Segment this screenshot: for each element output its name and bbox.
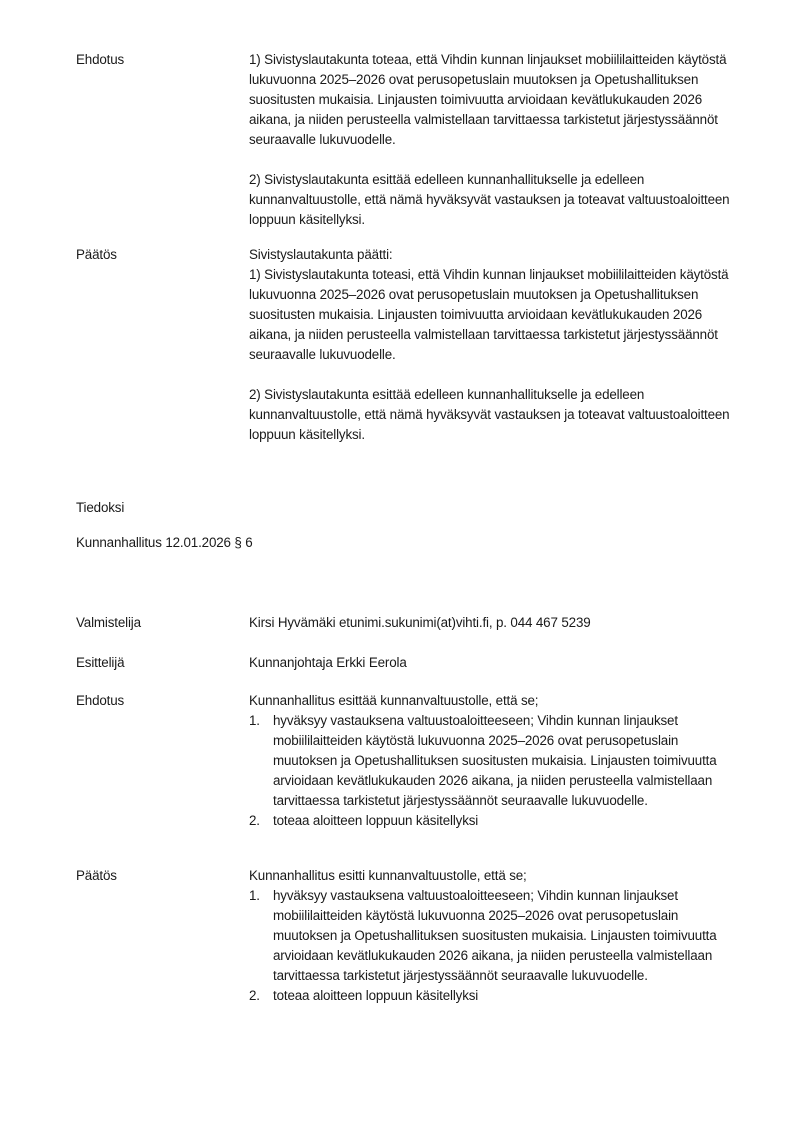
ehdotus-paragraph-2: 2) Sivistyslautakunta esittää edelleen k… [249,170,744,230]
paatos-label: Päätös [76,245,246,265]
list-item-text: hyväksyy vastauksena valtuustoaloitteese… [273,888,717,983]
tiedoksi-heading: Tiedoksi [76,498,124,518]
paatos-paragraph-2: 2) Sivistyslautakunta esittää edelleen k… [249,385,744,445]
paatos-list: 1. hyväksyy vastauksena valtuustoaloitte… [249,886,744,1006]
list-item-text: hyväksyy vastauksena valtuustoaloitteese… [273,713,717,808]
ehdotus-content-2: Kunnanhallitus esittää kunnanvaltuustoll… [249,691,744,831]
list-item-text: toteaa aloitteen loppuun käsitellyksi [273,813,478,828]
paatos-intro-2: Kunnanhallitus esitti kunnanvaltuustolle… [249,866,744,886]
valmistelija-value: Kirsi Hyvämäki etunimi.sukunimi(at)vihti… [249,613,744,633]
list-item: 1. hyväksyy vastauksena valtuustoaloitte… [249,886,744,986]
list-item-number: 1. [249,886,260,906]
valmistelija-label: Valmistelija [76,613,246,633]
list-item-number: 1. [249,711,260,731]
ehdotus-paragraph-1: 1) Sivistyslautakunta toteaa, että Vihdi… [249,50,744,150]
esittelija-label: Esittelijä [76,653,246,673]
meeting-reference: Kunnanhallitus 12.01.2026 § 6 [76,533,253,553]
list-item: 2. toteaa aloitteen loppuun käsitellyksi [249,811,744,831]
paatos-label-2: Päätös [76,866,246,886]
paatos-content: Sivistyslautakunta päätti: 1) Sivistysla… [249,245,744,445]
list-item: 2. toteaa aloitteen loppuun käsitellyksi [249,986,744,1006]
list-item-number: 2. [249,986,260,1006]
ehdotus-label: Ehdotus [76,50,246,70]
ehdotus-content: 1) Sivistyslautakunta toteaa, että Vihdi… [249,50,744,230]
ehdotus-label-2: Ehdotus [76,691,246,711]
list-item: 1. hyväksyy vastauksena valtuustoaloitte… [249,711,744,811]
list-item-number: 2. [249,811,260,831]
paatos-paragraph-1: 1) Sivistyslautakunta toteasi, että Vihd… [249,265,744,365]
paatos-intro: Sivistyslautakunta päätti: [249,245,744,265]
list-item-text: toteaa aloitteen loppuun käsitellyksi [273,988,478,1003]
esittelija-value: Kunnanjohtaja Erkki Eerola [249,653,744,673]
paatos-content-2: Kunnanhallitus esitti kunnanvaltuustolle… [249,866,744,1006]
ehdotus-list: 1. hyväksyy vastauksena valtuustoaloitte… [249,711,744,831]
document-page: Ehdotus 1) Sivistyslautakunta toteaa, et… [0,0,794,1122]
ehdotus-intro-2: Kunnanhallitus esittää kunnanvaltuustoll… [249,691,744,711]
